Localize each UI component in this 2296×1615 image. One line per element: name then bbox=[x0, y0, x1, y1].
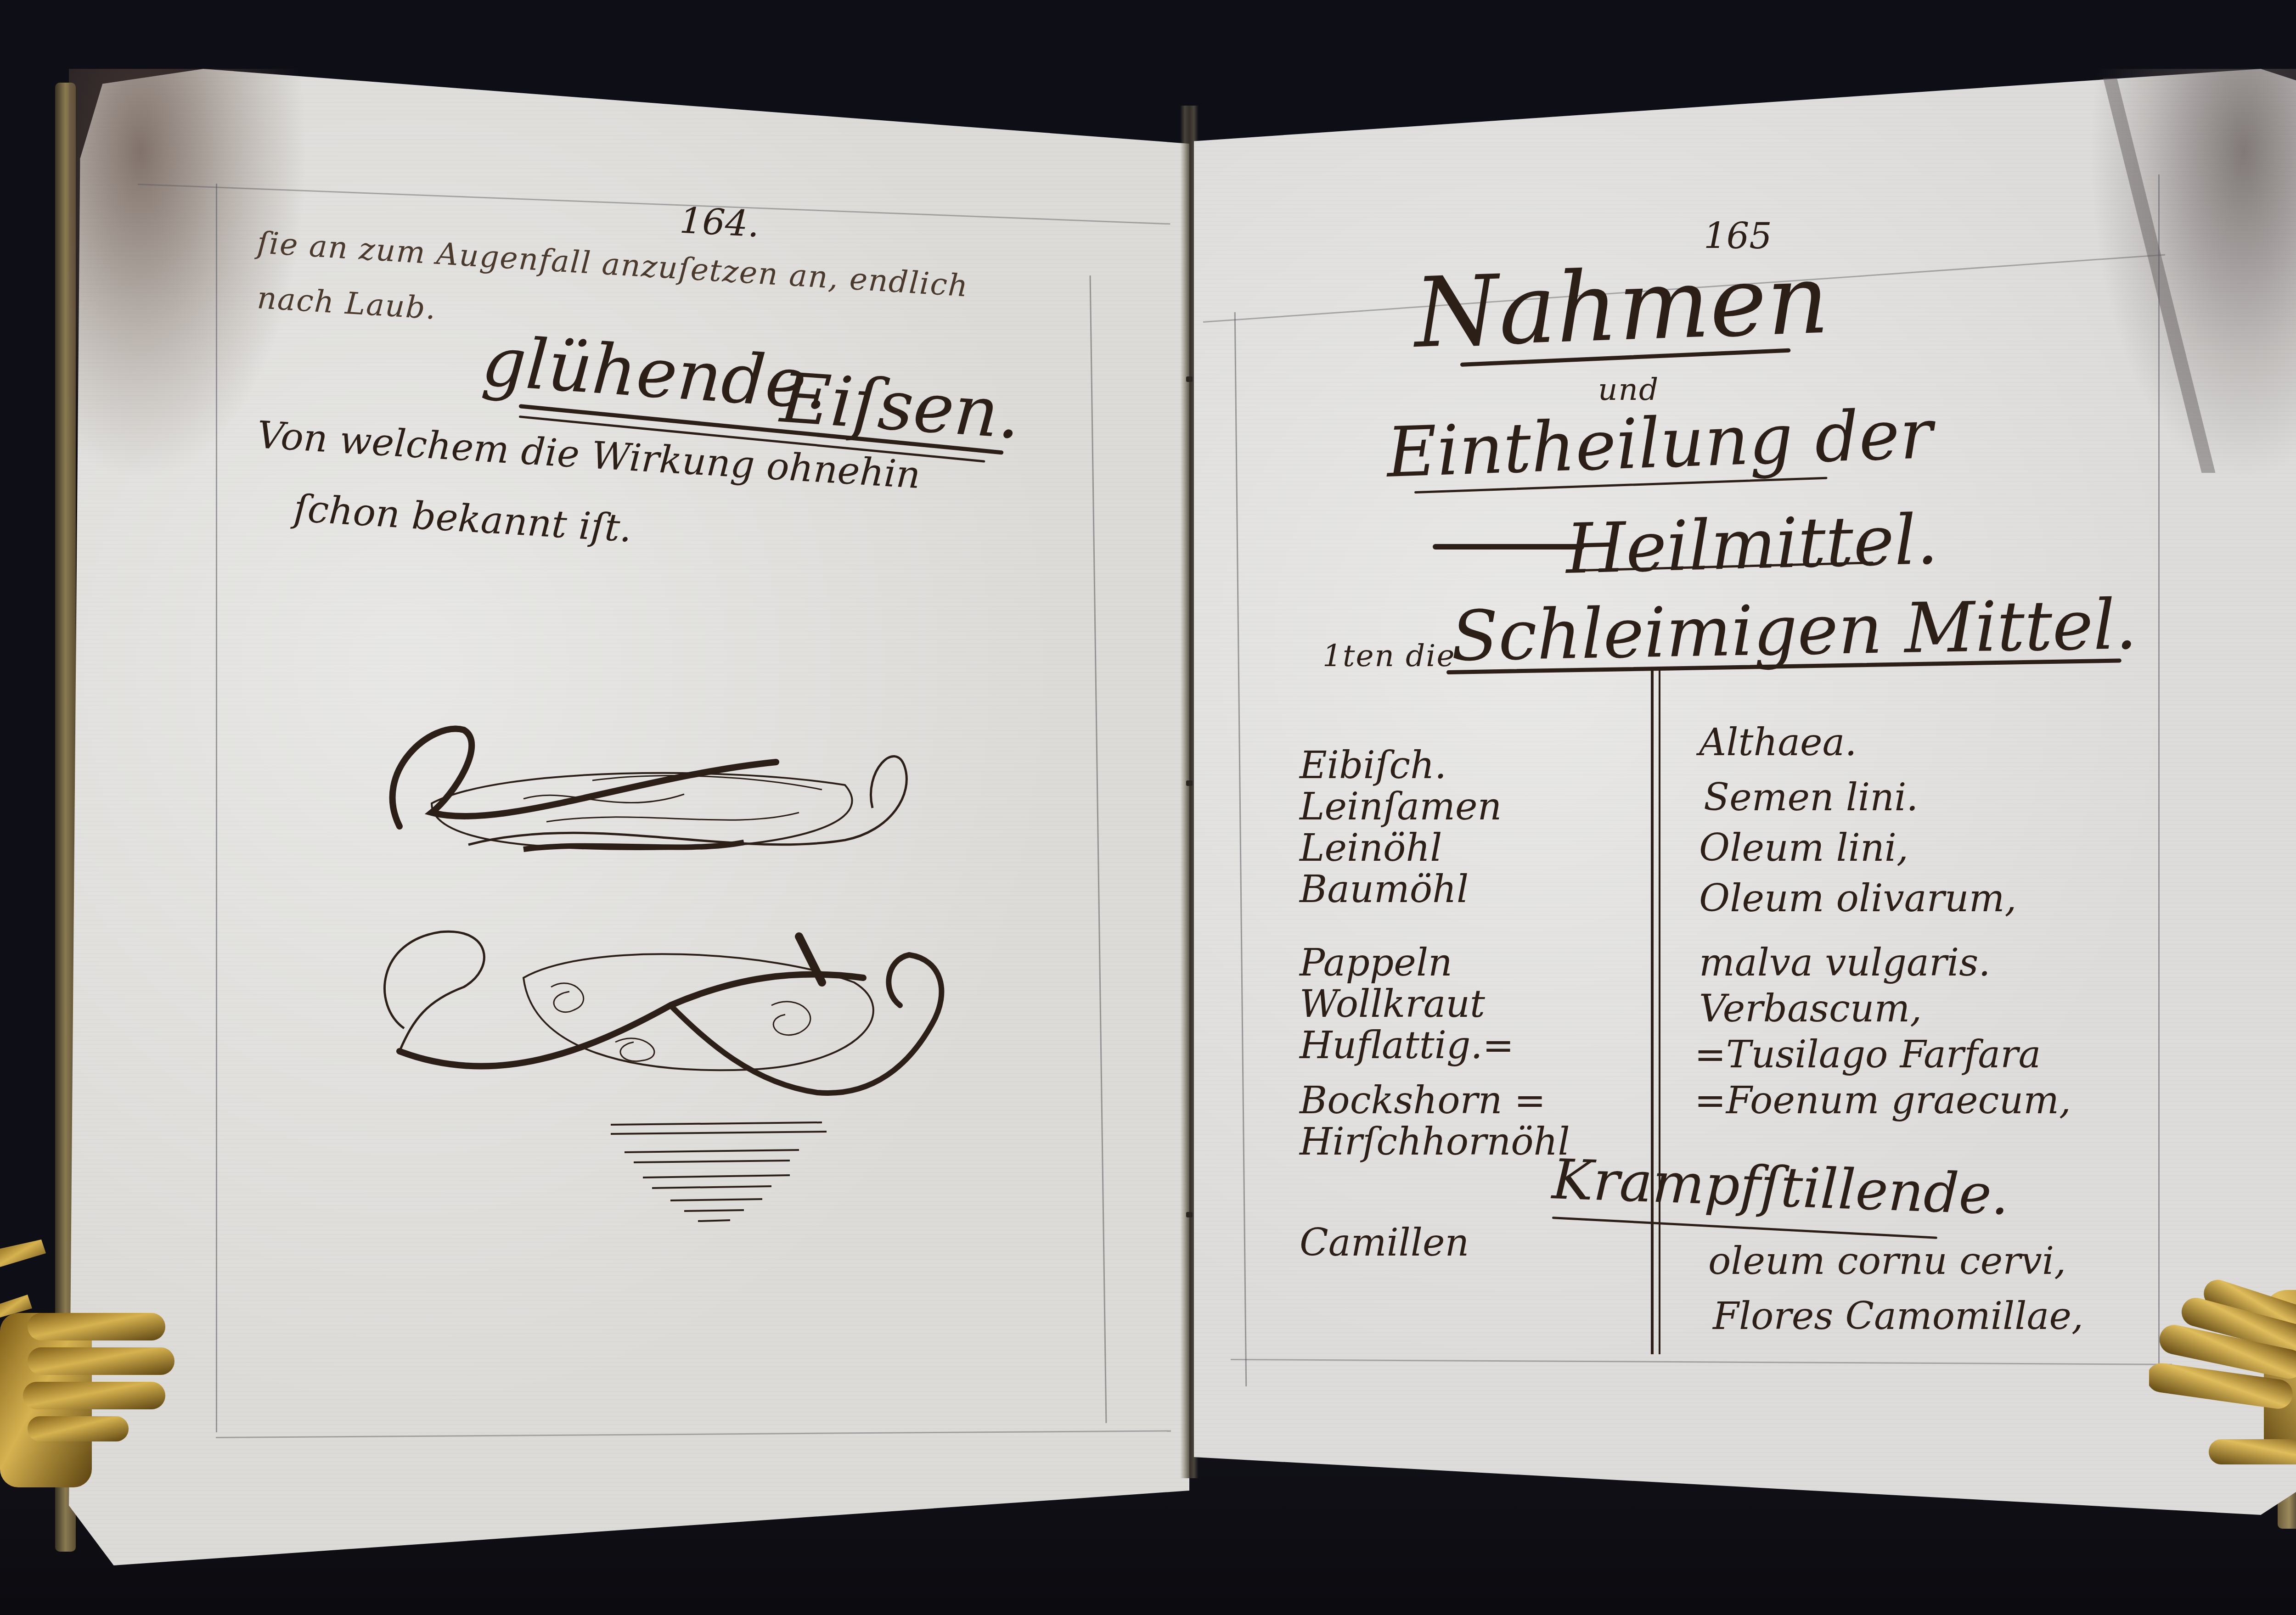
latin-item: Althaea. bbox=[1699, 721, 1857, 764]
title-heilmittel: Heilmittel. bbox=[1565, 500, 1939, 589]
column-divider bbox=[1651, 670, 1654, 1354]
german-item: Camillen bbox=[1300, 1221, 1469, 1265]
german-item: Huflattig.= bbox=[1300, 1024, 1514, 1067]
latin-item: Oleum lini, bbox=[1699, 826, 1908, 870]
german-item: Hirſchhornöhl bbox=[1300, 1120, 1570, 1164]
margin-rule-left bbox=[216, 184, 217, 1432]
latin-item: =Tusilago Farfara bbox=[1694, 1033, 2041, 1077]
binding-stitch bbox=[1186, 1212, 1193, 1217]
german-item: Leinöhl bbox=[1300, 826, 1442, 870]
german-item: Eibiſch. bbox=[1300, 744, 1446, 787]
german-item: Bockshorn = bbox=[1300, 1079, 1546, 1122]
binding-stitch bbox=[1186, 376, 1193, 382]
latin-item: Verbascum, bbox=[1699, 987, 1922, 1031]
brass-hand-book-holder-left bbox=[0, 1194, 193, 1524]
title-und: und bbox=[1598, 372, 1659, 407]
photo-scene: 164. ſie an zum Augenfall anzuſetzen an,… bbox=[0, 0, 2296, 1615]
german-item: Pappeln bbox=[1300, 941, 1452, 985]
column-divider bbox=[1659, 670, 1660, 1354]
brass-hand-book-holder-right bbox=[2149, 1184, 2296, 1515]
binding-stitch bbox=[1186, 780, 1193, 786]
calligraphic-flourish-lower bbox=[358, 914, 978, 1120]
tapering-line-ornament bbox=[606, 1120, 845, 1230]
latin-item: =Foenum graecum, bbox=[1694, 1079, 2071, 1122]
subsection-item: Flores Camomillae, bbox=[1713, 1295, 2083, 1338]
title-flourish-stroke bbox=[1433, 544, 1584, 550]
heading-eisen: Eiſsen. bbox=[778, 358, 1023, 454]
section-prefix: 1ten die bbox=[1322, 638, 1455, 673]
subsection-item: oleum cornu cervi, bbox=[1708, 1239, 2066, 1283]
german-item: Baumöhl bbox=[1300, 868, 1469, 911]
latin-item: malva vulgaris. bbox=[1699, 941, 1990, 985]
latin-item: Oleum olivarum, bbox=[1699, 877, 2016, 920]
german-item: Wollkraut bbox=[1300, 982, 1485, 1026]
calligraphic-flourish-upper bbox=[363, 702, 960, 886]
german-item: Leinſamen bbox=[1300, 785, 1502, 829]
latin-item: Semen lini. bbox=[1704, 776, 1918, 819]
page-number-left: 164. bbox=[679, 200, 760, 246]
